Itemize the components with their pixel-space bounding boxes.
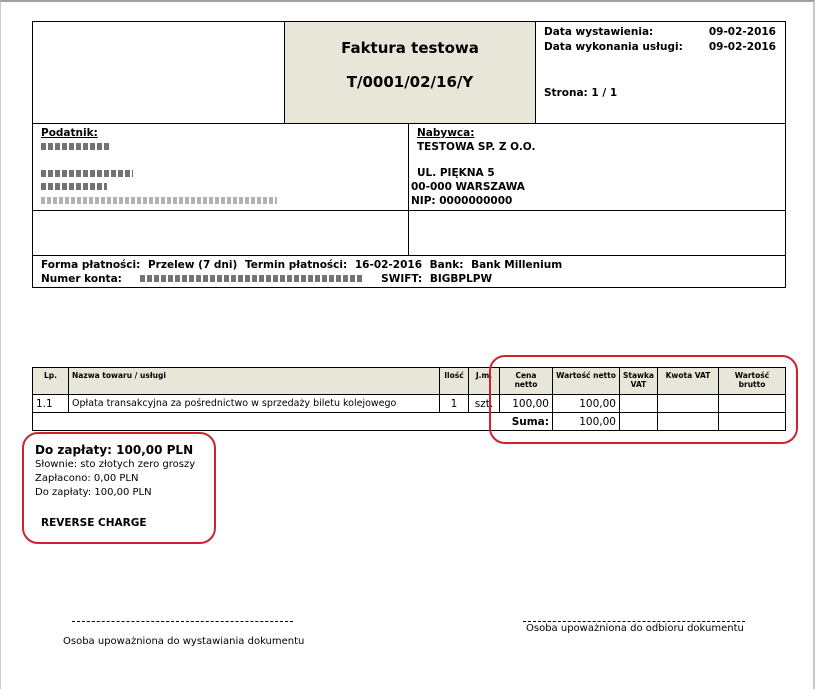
extra-cell-right bbox=[408, 210, 786, 256]
bank-label: Bank: bbox=[430, 259, 464, 271]
seller-city bbox=[41, 181, 277, 195]
seller-cell: Podatnik: bbox=[32, 123, 409, 211]
buyer-name: TESTOWA SP. Z O.O. bbox=[417, 141, 536, 155]
seller-name bbox=[41, 141, 277, 155]
buyer-label: Nabywca: bbox=[417, 127, 536, 141]
extra-cell-left bbox=[32, 210, 409, 256]
col-qty: Ilość bbox=[439, 368, 468, 395]
bank-name: Bank Millenium bbox=[471, 259, 562, 271]
col-name: Nazwa towaru / usługi bbox=[69, 368, 440, 395]
payment-summary: Do zapłaty: 100,00 PLN Słownie: sto złot… bbox=[35, 442, 195, 530]
logo-cell bbox=[32, 21, 285, 124]
cell-name: Opłata transakcyjna za pośrednictwo w sp… bbox=[69, 395, 440, 413]
seller-street bbox=[41, 167, 277, 181]
amount-in-words: Słownie: sto złotych zero groszy bbox=[35, 458, 195, 472]
to-pay-heading: Do zapłaty: 100,00 PLN bbox=[35, 442, 195, 458]
amount-paid: Zapłacono: 0,00 PLN bbox=[35, 472, 195, 486]
account-label: Numer konta: bbox=[41, 273, 122, 285]
amount-to-pay: Do zapłaty: 100,00 PLN bbox=[35, 486, 195, 500]
payment-method-label: Forma płatności: bbox=[41, 259, 140, 271]
buyer-city: 00-000 WARSZAWA bbox=[411, 181, 525, 195]
buyer-street: UL. PIĘKNA 5 bbox=[417, 167, 536, 181]
issue-date-label: Data wystawienia: bbox=[544, 26, 653, 38]
title-cell: Faktura testowa T/0001/02/16/Y bbox=[284, 21, 536, 124]
issuer-signature-label: Osoba upoważniona do wystawiania dokumen… bbox=[63, 636, 304, 647]
buyer-nip: NIP: 0000000000 bbox=[411, 195, 525, 209]
swift-code: BIGBPLPW bbox=[430, 273, 492, 285]
account-number bbox=[140, 273, 368, 285]
payment-cell: Forma płatności: Przelew (7 dni) Termin … bbox=[32, 255, 786, 288]
reverse-charge-note: REVERSE CHARGE bbox=[41, 516, 195, 530]
buyer-cell: Nabywca: TESTOWA SP. Z O.O. UL. PIĘKNA 5… bbox=[408, 123, 786, 211]
cell-lp: 1.1 bbox=[33, 395, 69, 413]
payment-due-label: Termin płatności: bbox=[245, 259, 347, 271]
payment-due-date: 16-02-2016 bbox=[355, 259, 422, 271]
dates-cell: Data wystawienia: 09-02-2016 Data wykona… bbox=[535, 21, 786, 124]
invoice-title: Faktura testowa bbox=[285, 39, 535, 57]
seller-label: Podatnik: bbox=[41, 127, 277, 141]
page-indicator: Strona: 1 / 1 bbox=[544, 87, 617, 99]
invoice-number: T/0001/02/16/Y bbox=[285, 73, 535, 91]
sum-spacer bbox=[33, 413, 500, 431]
receiver-signature-line bbox=[523, 621, 745, 622]
cell-qty: 1 bbox=[439, 395, 468, 413]
issue-date: 09-02-2016 bbox=[709, 26, 776, 38]
swift-label: SWIFT: bbox=[381, 273, 422, 285]
receiver-signature-label: Osoba upoważniona do odbioru dokumentu bbox=[526, 623, 744, 634]
service-date-label: Data wykonania usługi: bbox=[544, 41, 683, 53]
issuer-signature-line bbox=[72, 621, 293, 622]
seller-tax-ids bbox=[41, 194, 277, 208]
payment-method: Przelew (7 dni) bbox=[148, 259, 237, 271]
service-date: 09-02-2016 bbox=[709, 41, 776, 53]
col-lp: Lp. bbox=[33, 368, 69, 395]
highlight-totals-columns bbox=[489, 355, 798, 444]
